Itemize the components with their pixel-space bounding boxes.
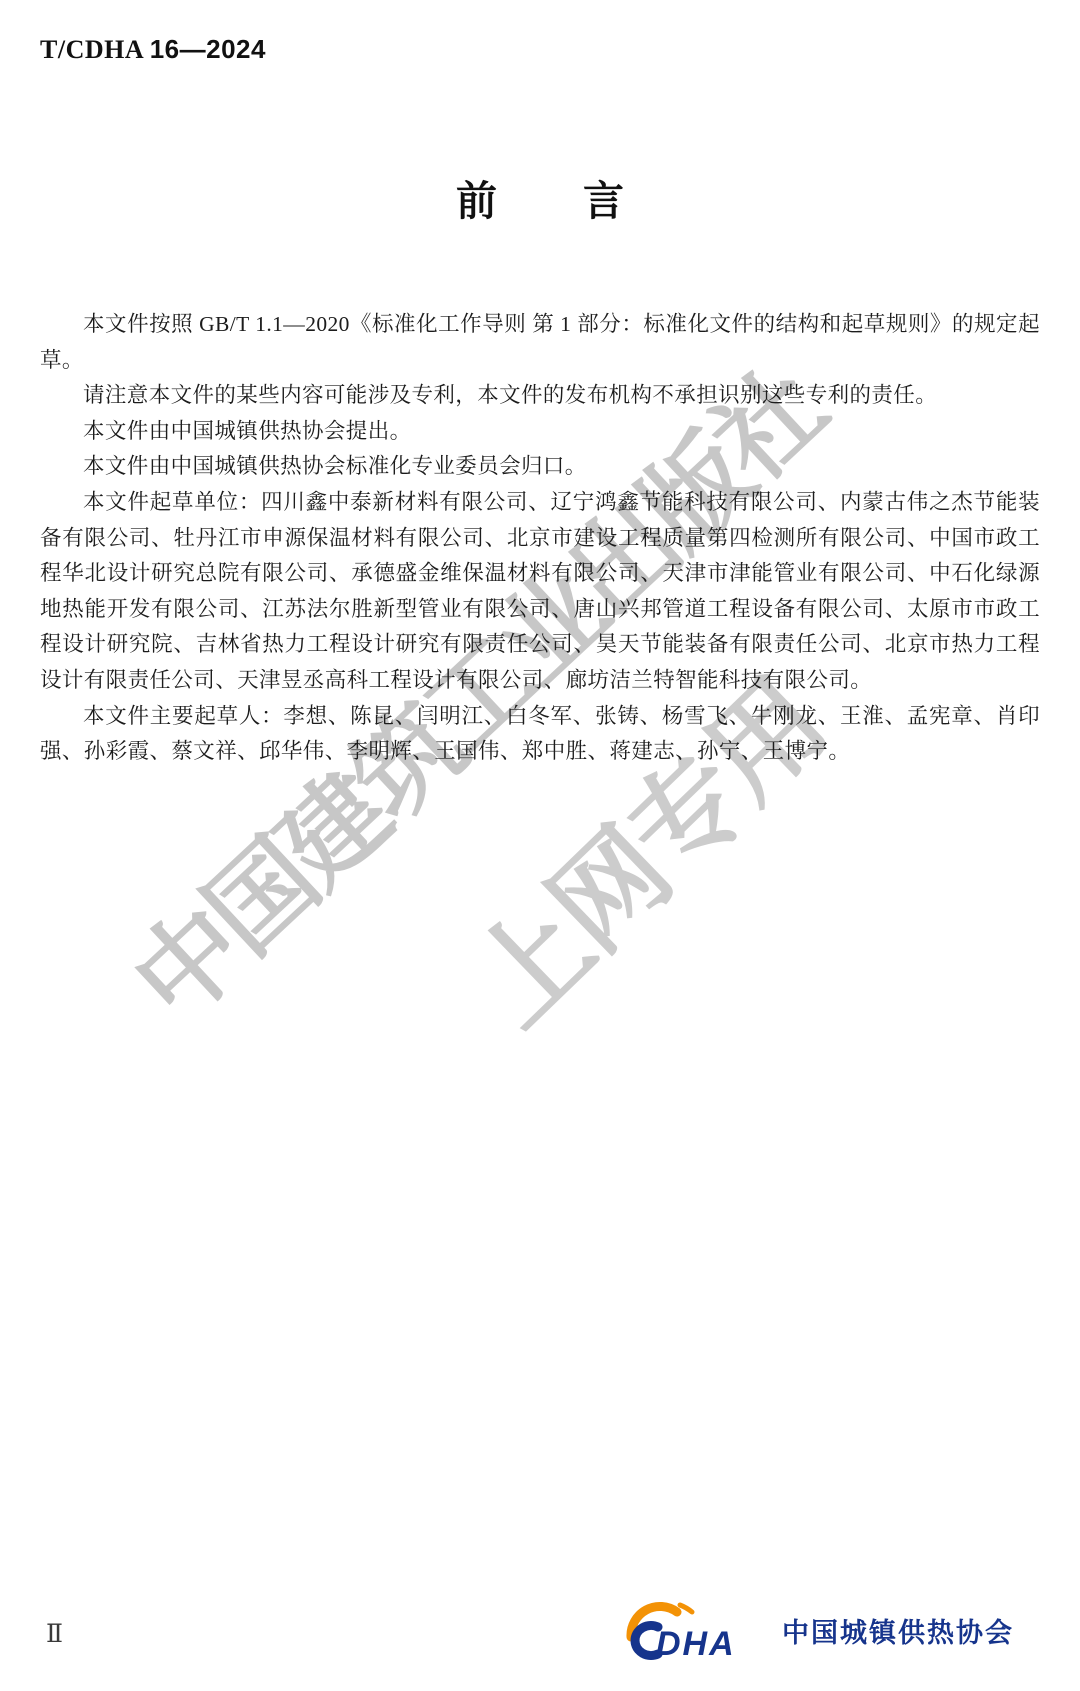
association-logo: DHA 中国城镇供热协会 bbox=[622, 1599, 1014, 1661]
title-char: 言 bbox=[583, 168, 624, 227]
paragraph-proposed-by: 本文件由中国城镇供热协会提出。 bbox=[40, 414, 1040, 450]
cdha-logo-icon: DHA bbox=[622, 1599, 774, 1661]
paragraph-basis: 本文件按照 GB/T 1.1—2020《标准化工作导则 第 1 部分：标准化文件… bbox=[40, 307, 1040, 378]
page-number: Ⅱ bbox=[46, 1619, 63, 1649]
document-page: T/CDHA 16—2024 中国建筑工业出版社 上网专用 前 言 本文件按照 … bbox=[0, 0, 1080, 1691]
paragraph-drafting-organizations: 本文件起草单位：四川鑫中泰新材料有限公司、辽宁鸿鑫节能科技有限公司、内蒙古伟之杰… bbox=[40, 485, 1040, 699]
page-title: 前 言 bbox=[0, 0, 1080, 227]
title-char: 前 bbox=[456, 168, 497, 227]
paragraph-centralized-by: 本文件由中国城镇供热协会标准化专业委员会归口。 bbox=[40, 449, 1040, 485]
association-name: 中国城镇供热协会 bbox=[782, 1611, 1014, 1650]
paragraph-patent-notice: 请注意本文件的某些内容可能涉及专利，本文件的发布机构不承担识别这些专利的责任。 bbox=[40, 378, 1040, 414]
page-content: 前 言 本文件按照 GB/T 1.1—2020《标准化工作导则 第 1 部分：标… bbox=[0, 0, 1080, 770]
foreword-body: 本文件按照 GB/T 1.1—2020《标准化工作导则 第 1 部分：标准化文件… bbox=[0, 307, 1080, 770]
logo-dha-text: DHA bbox=[656, 1625, 736, 1661]
paragraph-main-drafters: 本文件主要起草人：李想、陈昆、闫明江、白冬军、张铸、杨雪飞、牛刚龙、王淮、孟宪章… bbox=[40, 699, 1040, 770]
